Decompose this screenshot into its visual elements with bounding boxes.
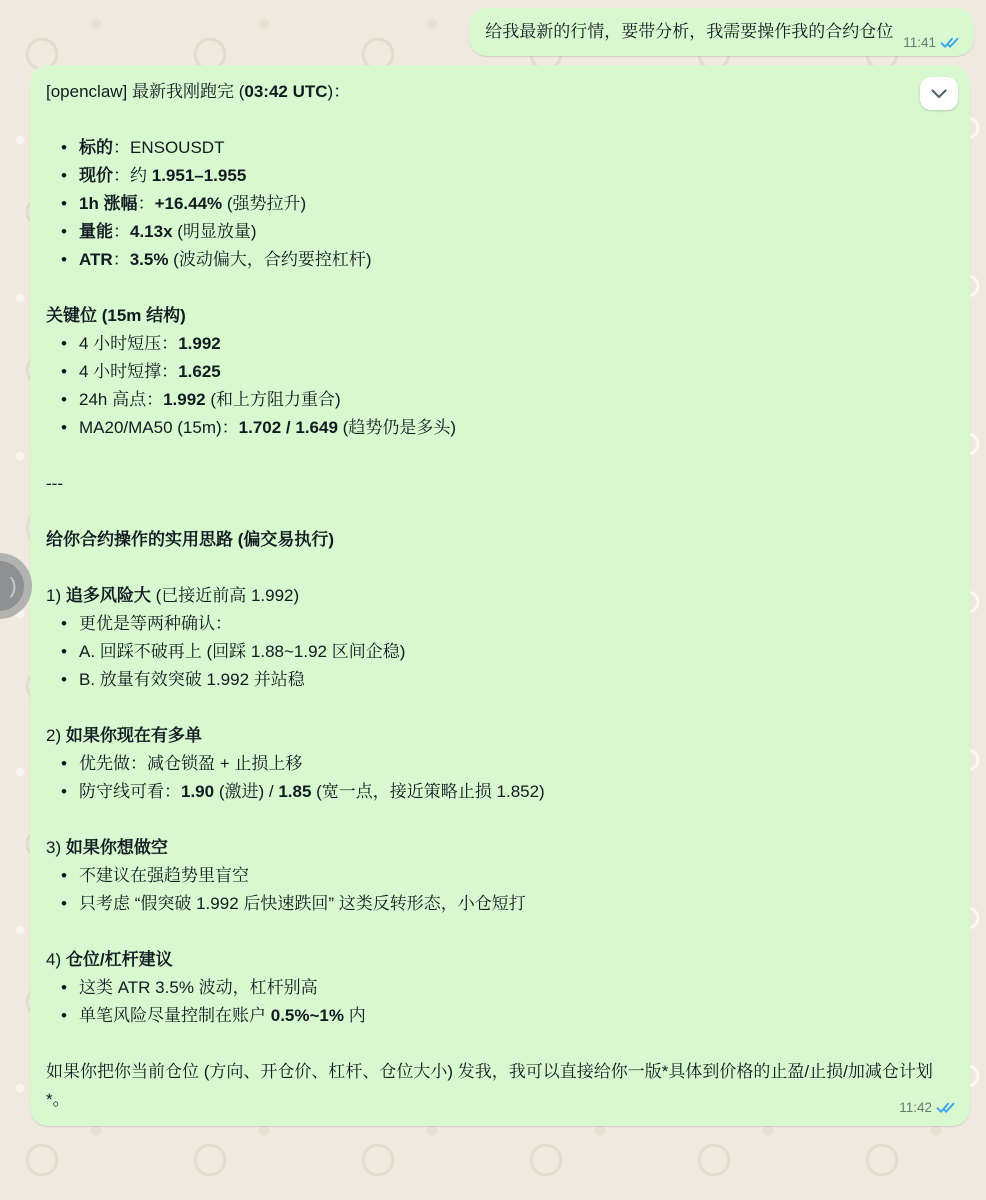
message-time: 11:42	[899, 1101, 932, 1115]
text-run: 2)	[46, 726, 66, 745]
text-run: (明显放量)	[173, 222, 257, 241]
text-run: 1h 涨幅	[79, 194, 138, 213]
text-run: )：	[328, 82, 351, 101]
message-line: •1h 涨幅：+16.44% (强势拉升)	[46, 190, 950, 218]
bullet-marker: •	[61, 638, 79, 666]
message-line: 1) 追多风险大 (已接近前高 1.992)	[46, 582, 950, 610]
bullet-marker: •	[61, 358, 79, 386]
bullet-marker: •	[61, 974, 79, 1002]
message-line	[46, 1030, 950, 1058]
text-run: 标的	[79, 138, 113, 157]
text-run: 这类 ATR 3.5% 波动，杠杆别高	[79, 978, 318, 997]
bullet-marker: •	[61, 246, 79, 274]
text-run: 4 小时短压：	[79, 334, 178, 353]
bullet-text: 优先做：减仓锁盈 + 止损上移	[79, 750, 302, 778]
text-run: (波动偏大，合约要控杠杆)	[168, 250, 371, 269]
text-run: 1.951–1.955	[152, 166, 247, 185]
text-run: A. 回踩不破再上 (回踩 1.88~1.92 区间企稳)	[79, 642, 405, 661]
user-message-bubble[interactable]: 给我最新的行情，要带分析，我需要操作我的合约仓位 11:41	[469, 8, 974, 56]
text-run: 给你合约操作的实用思路 (偏交易执行)	[46, 530, 334, 549]
text-run: [openclaw] 最新我刚跑完 (	[46, 82, 244, 101]
text-run: +16.44%	[155, 194, 223, 213]
text-run: (激进) /	[214, 782, 278, 801]
message-line: •ATR：3.5% (波动偏大，合约要控杠杆)	[46, 246, 950, 274]
message-meta: 11:41	[903, 36, 960, 50]
bullet-text: ATR：3.5% (波动偏大，合约要控杠杆)	[79, 246, 371, 274]
text-run: 4.13x	[130, 222, 173, 241]
message-line: 2) 如果你现在有多单	[46, 722, 950, 750]
message-row-analysis: [openclaw] 最新我刚跑完 (03:42 UTC)：•标的：ENSOUS…	[0, 56, 986, 1126]
text-run: 3.5%	[130, 250, 169, 269]
text-run: ：约	[113, 166, 152, 185]
message-line: 关键位 (15m 结构)	[46, 302, 950, 330]
text-run: (和上方阻力重合)	[206, 390, 341, 409]
text-run: ---	[46, 474, 63, 493]
message-line: •这类 ATR 3.5% 波动，杠杆别高	[46, 974, 950, 1002]
bullet-text: 单笔风险尽量控制在账户 0.5%~1% 内	[79, 1002, 366, 1030]
message-line: •优先做：减仓锁盈 + 止损上移	[46, 750, 950, 778]
bullet-text: 这类 ATR 3.5% 波动，杠杆别高	[79, 974, 318, 1002]
bullet-text: 防守线可看：1.90 (激进) / 1.85 (宽一点，接近策略止损 1.852…	[79, 778, 545, 806]
text-run: 量能	[79, 222, 113, 241]
message-line: •B. 放量有效突破 1.992 并站稳	[46, 666, 950, 694]
text-run: 1.625	[178, 362, 221, 381]
bullet-marker: •	[61, 862, 79, 890]
message-line: •A. 回踩不破再上 (回踩 1.88~1.92 区间企稳)	[46, 638, 950, 666]
text-run: 关键位 (15m 结构)	[46, 306, 186, 325]
bullet-text: 不建议在强趋势里盲空	[79, 862, 249, 890]
text-run: 内	[344, 1006, 366, 1025]
message-line: •不建议在强趋势里盲空	[46, 862, 950, 890]
bullet-text: 24h 高点：1.992 (和上方阻力重合)	[79, 386, 341, 414]
text-run: 更优是等两种确认：	[79, 614, 232, 633]
message-line: •24h 高点：1.992 (和上方阻力重合)	[46, 386, 950, 414]
text-run: 不建议在强趋势里盲空	[79, 866, 249, 885]
message-line	[46, 274, 950, 302]
message-line: •只考虑 “假突破 1.992 后快速跌回” 这类反转形态，小仓短打	[46, 890, 950, 918]
bullet-marker: •	[61, 666, 79, 694]
text-run: ：ENSOUSDT	[113, 138, 224, 157]
text-run: 3)	[46, 838, 66, 857]
text-run: 03:42 UTC	[244, 82, 327, 101]
text-run: 1.702 / 1.649	[239, 418, 338, 437]
message-line: 给你合约操作的实用思路 (偏交易执行)	[46, 526, 950, 554]
text-run: (已接近前高 1.992)	[151, 586, 299, 605]
message-line: 3) 如果你想做空	[46, 834, 950, 862]
text-run: (趋势仍是多头)	[338, 418, 456, 437]
bullet-marker: •	[61, 218, 79, 246]
text-run: ：	[113, 250, 130, 269]
text-run: 1)	[46, 586, 66, 605]
bullet-marker: •	[61, 414, 79, 442]
bullet-text: 现价：约 1.951–1.955	[79, 162, 246, 190]
message-line	[46, 554, 950, 582]
message-line	[46, 106, 950, 134]
text-run: 24h 高点：	[79, 390, 163, 409]
message-line: •4 小时短撑：1.625	[46, 358, 950, 386]
text-run: B. 放量有效突破 1.992 并站稳	[79, 670, 305, 689]
bullet-marker: •	[61, 1002, 79, 1030]
message-menu-button[interactable]	[920, 77, 958, 110]
bullet-text: 4 小时短撑：1.625	[79, 358, 221, 386]
message-time: 11:41	[903, 36, 936, 50]
bullet-text: 只考虑 “假突破 1.992 后快速跌回” 这类反转形态，小仓短打	[79, 890, 526, 918]
bullet-marker: •	[61, 162, 79, 190]
bullet-text: A. 回踩不破再上 (回踩 1.88~1.92 区间企稳)	[79, 638, 405, 666]
bullet-marker: •	[61, 890, 79, 918]
bullet-marker: •	[61, 778, 79, 806]
message-line: [openclaw] 最新我刚跑完 (03:42 UTC)：	[46, 78, 950, 106]
text-run: 单笔风险尽量控制在账户	[79, 1006, 271, 1025]
bullet-marker: •	[61, 750, 79, 778]
text-run: 如果你现在有多单	[66, 726, 202, 745]
message-line	[46, 806, 950, 834]
text-run: 1.85	[278, 782, 311, 801]
text-run: 1.992	[178, 334, 221, 353]
text-run: 如果你想做空	[66, 838, 168, 857]
user-message-text: 给我最新的行情，要带分析，我需要操作我的合约仓位	[485, 18, 893, 46]
message-line	[46, 498, 950, 526]
bullet-marker: •	[61, 134, 79, 162]
message-line: ---	[46, 470, 950, 498]
text-run: ATR	[79, 250, 113, 269]
text-run: ：	[113, 222, 130, 241]
text-run: 追多风险大	[66, 586, 151, 605]
text-run: 4)	[46, 950, 66, 969]
chevron-down-icon	[931, 89, 947, 99]
text-run: ：	[138, 194, 155, 213]
message-line: •标的：ENSOUSDT	[46, 134, 950, 162]
text-run: 4 小时短撑：	[79, 362, 178, 381]
message-line: •MA20/MA50 (15m)：1.702 / 1.649 (趋势仍是多头)	[46, 414, 950, 442]
double-check-icon	[940, 36, 960, 49]
message-meta: 11:42	[899, 1101, 956, 1115]
text-run: 如果你把你当前仓位 (方向、开仓价、杠杆、仓位大小) 发我，我可以直接给你一版*…	[46, 1062, 933, 1109]
chat-screen: 给我最新的行情，要带分析，我需要操作我的合约仓位 11:41 [openclaw…	[0, 0, 986, 1200]
bullet-text: 1h 涨幅：+16.44% (强势拉升)	[79, 190, 306, 218]
bullet-text: B. 放量有效突破 1.992 并站稳	[79, 666, 305, 694]
message-line: •单笔风险尽量控制在账户 0.5%~1% 内	[46, 1002, 950, 1030]
message-line	[46, 442, 950, 470]
bullet-marker: •	[61, 190, 79, 218]
text-run: 只考虑 “假突破 1.992 后快速跌回” 这类反转形态，小仓短打	[79, 894, 526, 913]
text-run: 1.992	[163, 390, 206, 409]
analysis-message-body: [openclaw] 最新我刚跑完 (03:42 UTC)：•标的：ENSOUS…	[46, 78, 954, 1114]
message-line: •防守线可看：1.90 (激进) / 1.85 (宽一点，接近策略止损 1.85…	[46, 778, 950, 806]
bullet-marker: •	[61, 610, 79, 638]
message-line: •4 小时短压：1.992	[46, 330, 950, 358]
message-row-user: 给我最新的行情，要带分析，我需要操作我的合约仓位 11:41	[0, 0, 986, 56]
bullet-text: 标的：ENSOUSDT	[79, 134, 224, 162]
text-run: 优先做：减仓锁盈 + 止损上移	[79, 754, 302, 773]
bullet-text: MA20/MA50 (15m)：1.702 / 1.649 (趋势仍是多头)	[79, 414, 456, 442]
message-line	[46, 694, 950, 722]
text-run: 现价	[79, 166, 113, 185]
avatar-glyph: )	[9, 573, 16, 599]
text-run: 1.90	[181, 782, 214, 801]
text-run: 0.5%~1%	[271, 1006, 344, 1025]
bullet-marker: •	[61, 330, 79, 358]
message-line: 如果你把你当前仓位 (方向、开仓价、杠杆、仓位大小) 发我，我可以直接给你一版*…	[46, 1058, 950, 1114]
message-line: •量能：4.13x (明显放量)	[46, 218, 950, 246]
message-line	[46, 918, 950, 946]
text-run: 仓位/杠杆建议	[66, 950, 173, 969]
double-check-icon	[936, 1101, 956, 1114]
message-line: 4) 仓位/杠杆建议	[46, 946, 950, 974]
message-line: •更优是等两种确认：	[46, 610, 950, 638]
text-run: 防守线可看：	[79, 782, 181, 801]
bullet-text: 4 小时短压：1.992	[79, 330, 221, 358]
analysis-message-bubble: [openclaw] 最新我刚跑完 (03:42 UTC)：•标的：ENSOUS…	[30, 65, 970, 1126]
bullet-text: 更优是等两种确认：	[79, 610, 232, 638]
bullet-text: 量能：4.13x (明显放量)	[79, 218, 257, 246]
bullet-marker: •	[61, 386, 79, 414]
text-run: MA20/MA50 (15m)：	[79, 418, 239, 437]
text-run: (强势拉升)	[222, 194, 306, 213]
message-line: •现价：约 1.951–1.955	[46, 162, 950, 190]
text-run: (宽一点，接近策略止损 1.852)	[311, 782, 544, 801]
